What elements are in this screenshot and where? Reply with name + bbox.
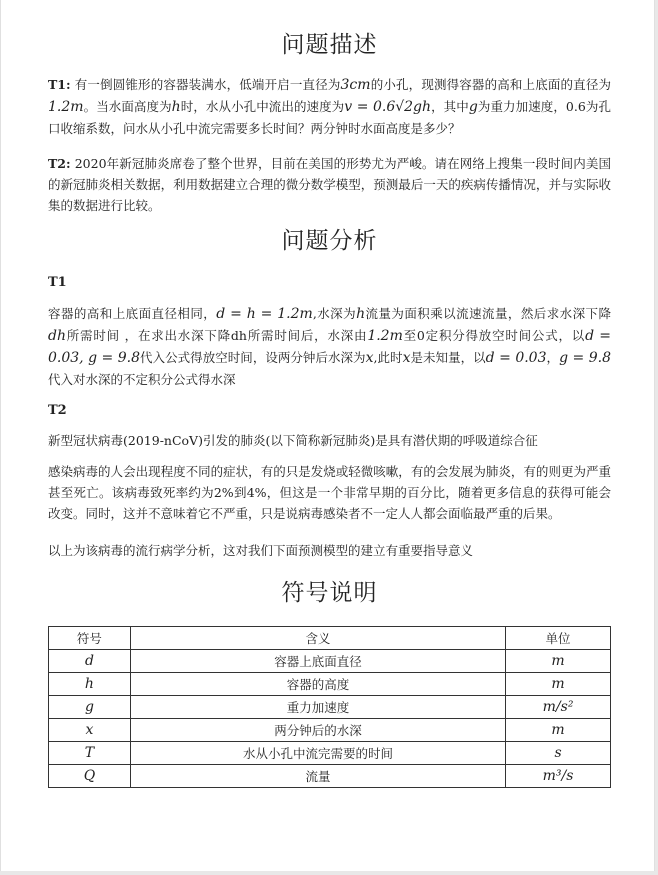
unit-cell: m [506, 673, 611, 696]
table-row: x 两分钟后的水深 m [49, 719, 611, 742]
problem-t2-label: T2: [48, 156, 71, 171]
analysis-t2-paragraph-2: 感染病毒的人会出现程度不同的症状，有的只是发烧或轻微咳嗽，有的会发展为肺炎，有的… [48, 461, 611, 524]
unit-cell: s [506, 742, 611, 765]
math-height: 1.2m [48, 99, 84, 115]
symbol-cell: Q [49, 765, 131, 788]
table-row: g 重力加速度 m/s² [49, 696, 611, 719]
math-g-value: g = 9.8 [559, 350, 611, 366]
analysis-t2-paragraph-3: 以上为该病毒的流行病学分析，这对我们下面预测模型的建立有重要指导意义 [48, 540, 611, 561]
symbol-cell: x [49, 719, 131, 742]
symbols-table: 符号 含义 单位 d 容器上底面直径 m h 容器的高度 m g [48, 626, 611, 788]
unit-cell: m³/s [506, 765, 611, 788]
section-title-analysis: 问题分析 [48, 224, 611, 258]
text: 代入公式得放空时间，设两分钟后水深为 [140, 350, 366, 365]
analysis-t2-paragraph-1: 新型冠状病毒(2019-nCoV)引发的肺炎(以下简称新冠肺炎)是具有潜伏期的呼… [48, 430, 611, 451]
math-x: x [366, 350, 374, 366]
math-1-2m: 1.2m [367, 328, 403, 344]
problem-t1-label: T1: [48, 77, 71, 92]
meaning-cell: 流量 [130, 765, 505, 788]
section-title-symbols: 符号说明 [48, 576, 611, 610]
symbol-cell: h [49, 673, 131, 696]
unit-cell: m [506, 719, 611, 742]
meaning-cell: 水从小孔中流完需要的时间 [130, 742, 505, 765]
text: ，其中 [431, 99, 469, 114]
text: 容器的高和上底面直径相同， [48, 306, 216, 321]
text: 时，水从小孔中流出的速度为 [181, 99, 345, 114]
math-d-value: d = 0.03 [486, 350, 547, 366]
text: 有一倒圆锥形的容器装满水，低端开启一直径为 [75, 77, 341, 92]
table-row: d 容器上底面直径 m [49, 650, 611, 673]
text: 至0定积分得放空时间公式，以 [403, 328, 585, 343]
analysis-t2-heading: T2 [48, 400, 67, 421]
analysis-t1-heading: T1 [48, 272, 67, 293]
symbol-cell: g [49, 696, 131, 719]
text: 。当水面高度为 [84, 99, 172, 114]
text: 的小孔，现测得容器的高和上底面的直径为 [371, 77, 611, 92]
math-h: h [356, 306, 365, 322]
problem-t2-paragraph: T2: 2020年新冠肺炎席卷了整个世界，目前在美国的形势尤为严峻。请在网络上搜… [48, 153, 611, 216]
problem-t1-paragraph: T1: 有一倒圆锥形的容器装满水，低端开启一直径为3cm的小孔，现测得容器的高和… [48, 74, 611, 139]
table-row: T 水从小孔中流完需要的时间 s [49, 742, 611, 765]
table-header-row: 符号 含义 单位 [49, 627, 611, 650]
column-header-unit: 单位 [506, 627, 611, 650]
text: ， [547, 350, 560, 365]
text: 代入对水深的不定积分公式得水深 [48, 372, 236, 387]
math-d-h-equal: d = h = 1.2m [216, 306, 313, 322]
meaning-cell: 两分钟后的水深 [130, 719, 505, 742]
column-header-meaning: 含义 [130, 627, 505, 650]
table-row: h 容器的高度 m [49, 673, 611, 696]
column-header-symbol: 符号 [49, 627, 131, 650]
symbol-cell: d [49, 650, 131, 673]
table-row: Q 流量 m³/s [49, 765, 611, 788]
math-dh: dh [48, 328, 66, 344]
text: ,此时 [374, 350, 403, 365]
problem-t2-text: 2020年新冠肺炎席卷了整个世界，目前在美国的形势尤为严峻。请在网络上搜集一段时… [48, 156, 611, 213]
meaning-cell: 容器上底面直径 [130, 650, 505, 673]
math-velocity-formula: v = 0.6√2gh [344, 99, 431, 115]
text: 所需时间 ，在求出水深下降dh所需时间后，水深由 [66, 328, 367, 343]
document-page: 问题描述 T1: 有一倒圆锥形的容器装满水，低端开启一直径为3cm的小孔，现测得… [0, 0, 655, 871]
math-diameter: 3cm [341, 77, 371, 93]
symbol-cell: T [49, 742, 131, 765]
unit-cell: m/s² [506, 696, 611, 719]
unit-cell: m [506, 650, 611, 673]
text: 是未知量，以 [410, 350, 485, 365]
section-title-description: 问题描述 [48, 28, 611, 62]
text: ,水深为 [313, 306, 356, 321]
analysis-t1-paragraph: 容器的高和上底面直径相同，d = h = 1.2m,水深为h流量为面积乘以流速流… [48, 303, 611, 390]
text: 流量为面积乘以流速流量，然后求水深下降 [365, 306, 611, 321]
meaning-cell: 容器的高度 [130, 673, 505, 696]
meaning-cell: 重力加速度 [130, 696, 505, 719]
math-h: h [172, 99, 181, 115]
math-g: g [469, 99, 478, 115]
